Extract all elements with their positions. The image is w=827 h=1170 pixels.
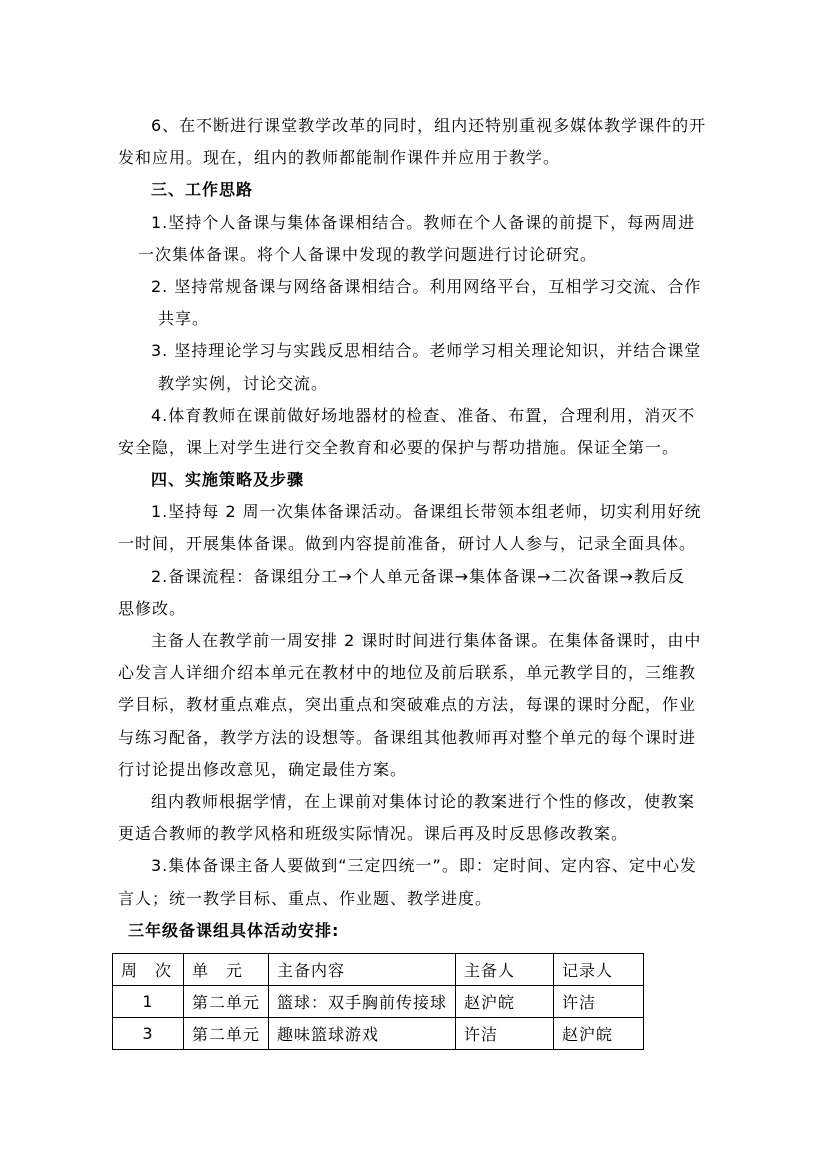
paragraph-line: 一时间，开展集体备课。做到内容提前准备，研讨人人参与，记录全面具体。 [118, 528, 758, 560]
section-heading-strategy-steps: 四、实施策略及步骤 [118, 464, 758, 496]
paragraph-line: 4.体育教师在课前做好场地器材的检查、准备、布置，合理利用，消灭不 [118, 400, 758, 432]
cell-unit: 第二单元 [184, 985, 269, 1017]
cell-recorder: 赵沪皖 [554, 1017, 644, 1049]
table-header-week: 周 次 [113, 953, 184, 985]
paragraph-line: 3.集体备课主备人要做到“三定四统一”。即：定时间、定内容、定中心发 [118, 850, 758, 882]
paragraph-line: 2. 坚持常规备课与网络备课相结合。利用网络平台，互相学习交流、合作 [118, 271, 758, 303]
section-heading-work-ideas: 三、工作思路 [118, 174, 758, 206]
table-header-recorder: 记录人 [554, 953, 644, 985]
cell-recorder: 许洁 [554, 985, 644, 1017]
paragraph-line: 思修改。 [118, 593, 758, 625]
table-header-content: 主备内容 [269, 953, 456, 985]
cell-content: 趣味篮球游戏 [269, 1017, 456, 1049]
paragraph-line: 言人；统一教学目标、重点、作业题、教学进度。 [118, 883, 758, 915]
paragraph-line: 6、在不断进行课堂教学改革的同时，组内还特别重视多媒体教学课件的开 [118, 110, 758, 142]
paragraph-line: 1.坚持个人备课与集体备课相结合。教师在个人备课的前提下，每两周进 [118, 207, 758, 239]
table-header-presenter: 主备人 [456, 953, 554, 985]
cell-week: 1 [113, 985, 184, 1017]
paragraph-line: 一次集体备课。将个人备课中发现的教学问题进行讨论研究。 [118, 239, 758, 271]
table-row: 3 第二单元 趣味篮球游戏 许洁 赵沪皖 [113, 1017, 644, 1049]
paragraph-line: 学目标，教材重点难点，突出重点和突破难点的方法，每课的课时分配，作业 [118, 689, 758, 721]
table-header-row: 周 次 单 元 主备内容 主备人 记录人 [113, 953, 644, 985]
paragraph-line: 行讨论提出修改意见，确定最佳方案。 [118, 754, 758, 786]
document-page: 6、在不断进行课堂教学改革的同时，组内还特别重视多媒体教学课件的开 发和应用。现… [0, 0, 827, 1170]
paragraph-line: 发和应用。现在，组内的教师都能制作课件并应用于教学。 [118, 142, 758, 174]
paragraph-line: 1.坚持每 2 周一次集体备课活动。备课组长带领本组老师，切实利用好统 [118, 496, 758, 528]
table-header-unit: 单 元 [184, 953, 269, 985]
table-row: 1 第二单元 篮球：双手胸前传接球 赵沪皖 许洁 [113, 985, 644, 1017]
paragraph-line: 教学实例，讨论交流。 [118, 368, 758, 400]
paragraph-line: 与练习配备，教学方法的设想等。备课组其他教师再对整个单元的每个课时进 [118, 722, 758, 754]
cell-unit: 第二单元 [184, 1017, 269, 1049]
cell-content: 篮球：双手胸前传接球 [269, 985, 456, 1017]
paragraph-line: 共享。 [118, 303, 758, 335]
cell-presenter: 许洁 [456, 1017, 554, 1049]
paragraph-line: 2.备课流程：备课组分工→个人单元备课→集体备课→二次备课→教后反 [118, 561, 758, 593]
table-title: 三年级备课组具体活动安排: [118, 915, 758, 947]
paragraph-line: 组内教师根据学情，在上课前对集体讨论的教案进行个性的修改，使教案 [118, 786, 758, 818]
paragraph-line: 3. 坚持理论学习与实践反思相结合。老师学习相关理论知识，并结合课堂 [118, 335, 758, 367]
paragraph-line: 主备人在教学前一周安排 2 课时时间进行集体备课。在集体备课时，由中 [118, 625, 758, 657]
cell-presenter: 赵沪皖 [456, 985, 554, 1017]
cell-week: 3 [113, 1017, 184, 1049]
activity-schedule-table: 周 次 单 元 主备内容 主备人 记录人 1 第二单元 篮球：双手胸前传接球 赵… [112, 953, 644, 1050]
paragraph-line: 更适合教师的教学风格和班级实际情况。课后再及时反思修改教案。 [118, 818, 758, 850]
paragraph-line: 心发言人详细介绍本单元在教材中的地位及前后联系，单元教学目的，三维教 [118, 657, 758, 689]
document-body: 6、在不断进行课堂教学改革的同时，组内还特别重视多媒体教学课件的开 发和应用。现… [118, 110, 758, 1050]
paragraph-line: 安全隐，课上对学生进行交全教育和必要的保护与帮功措施。保证全第一。 [118, 432, 758, 464]
